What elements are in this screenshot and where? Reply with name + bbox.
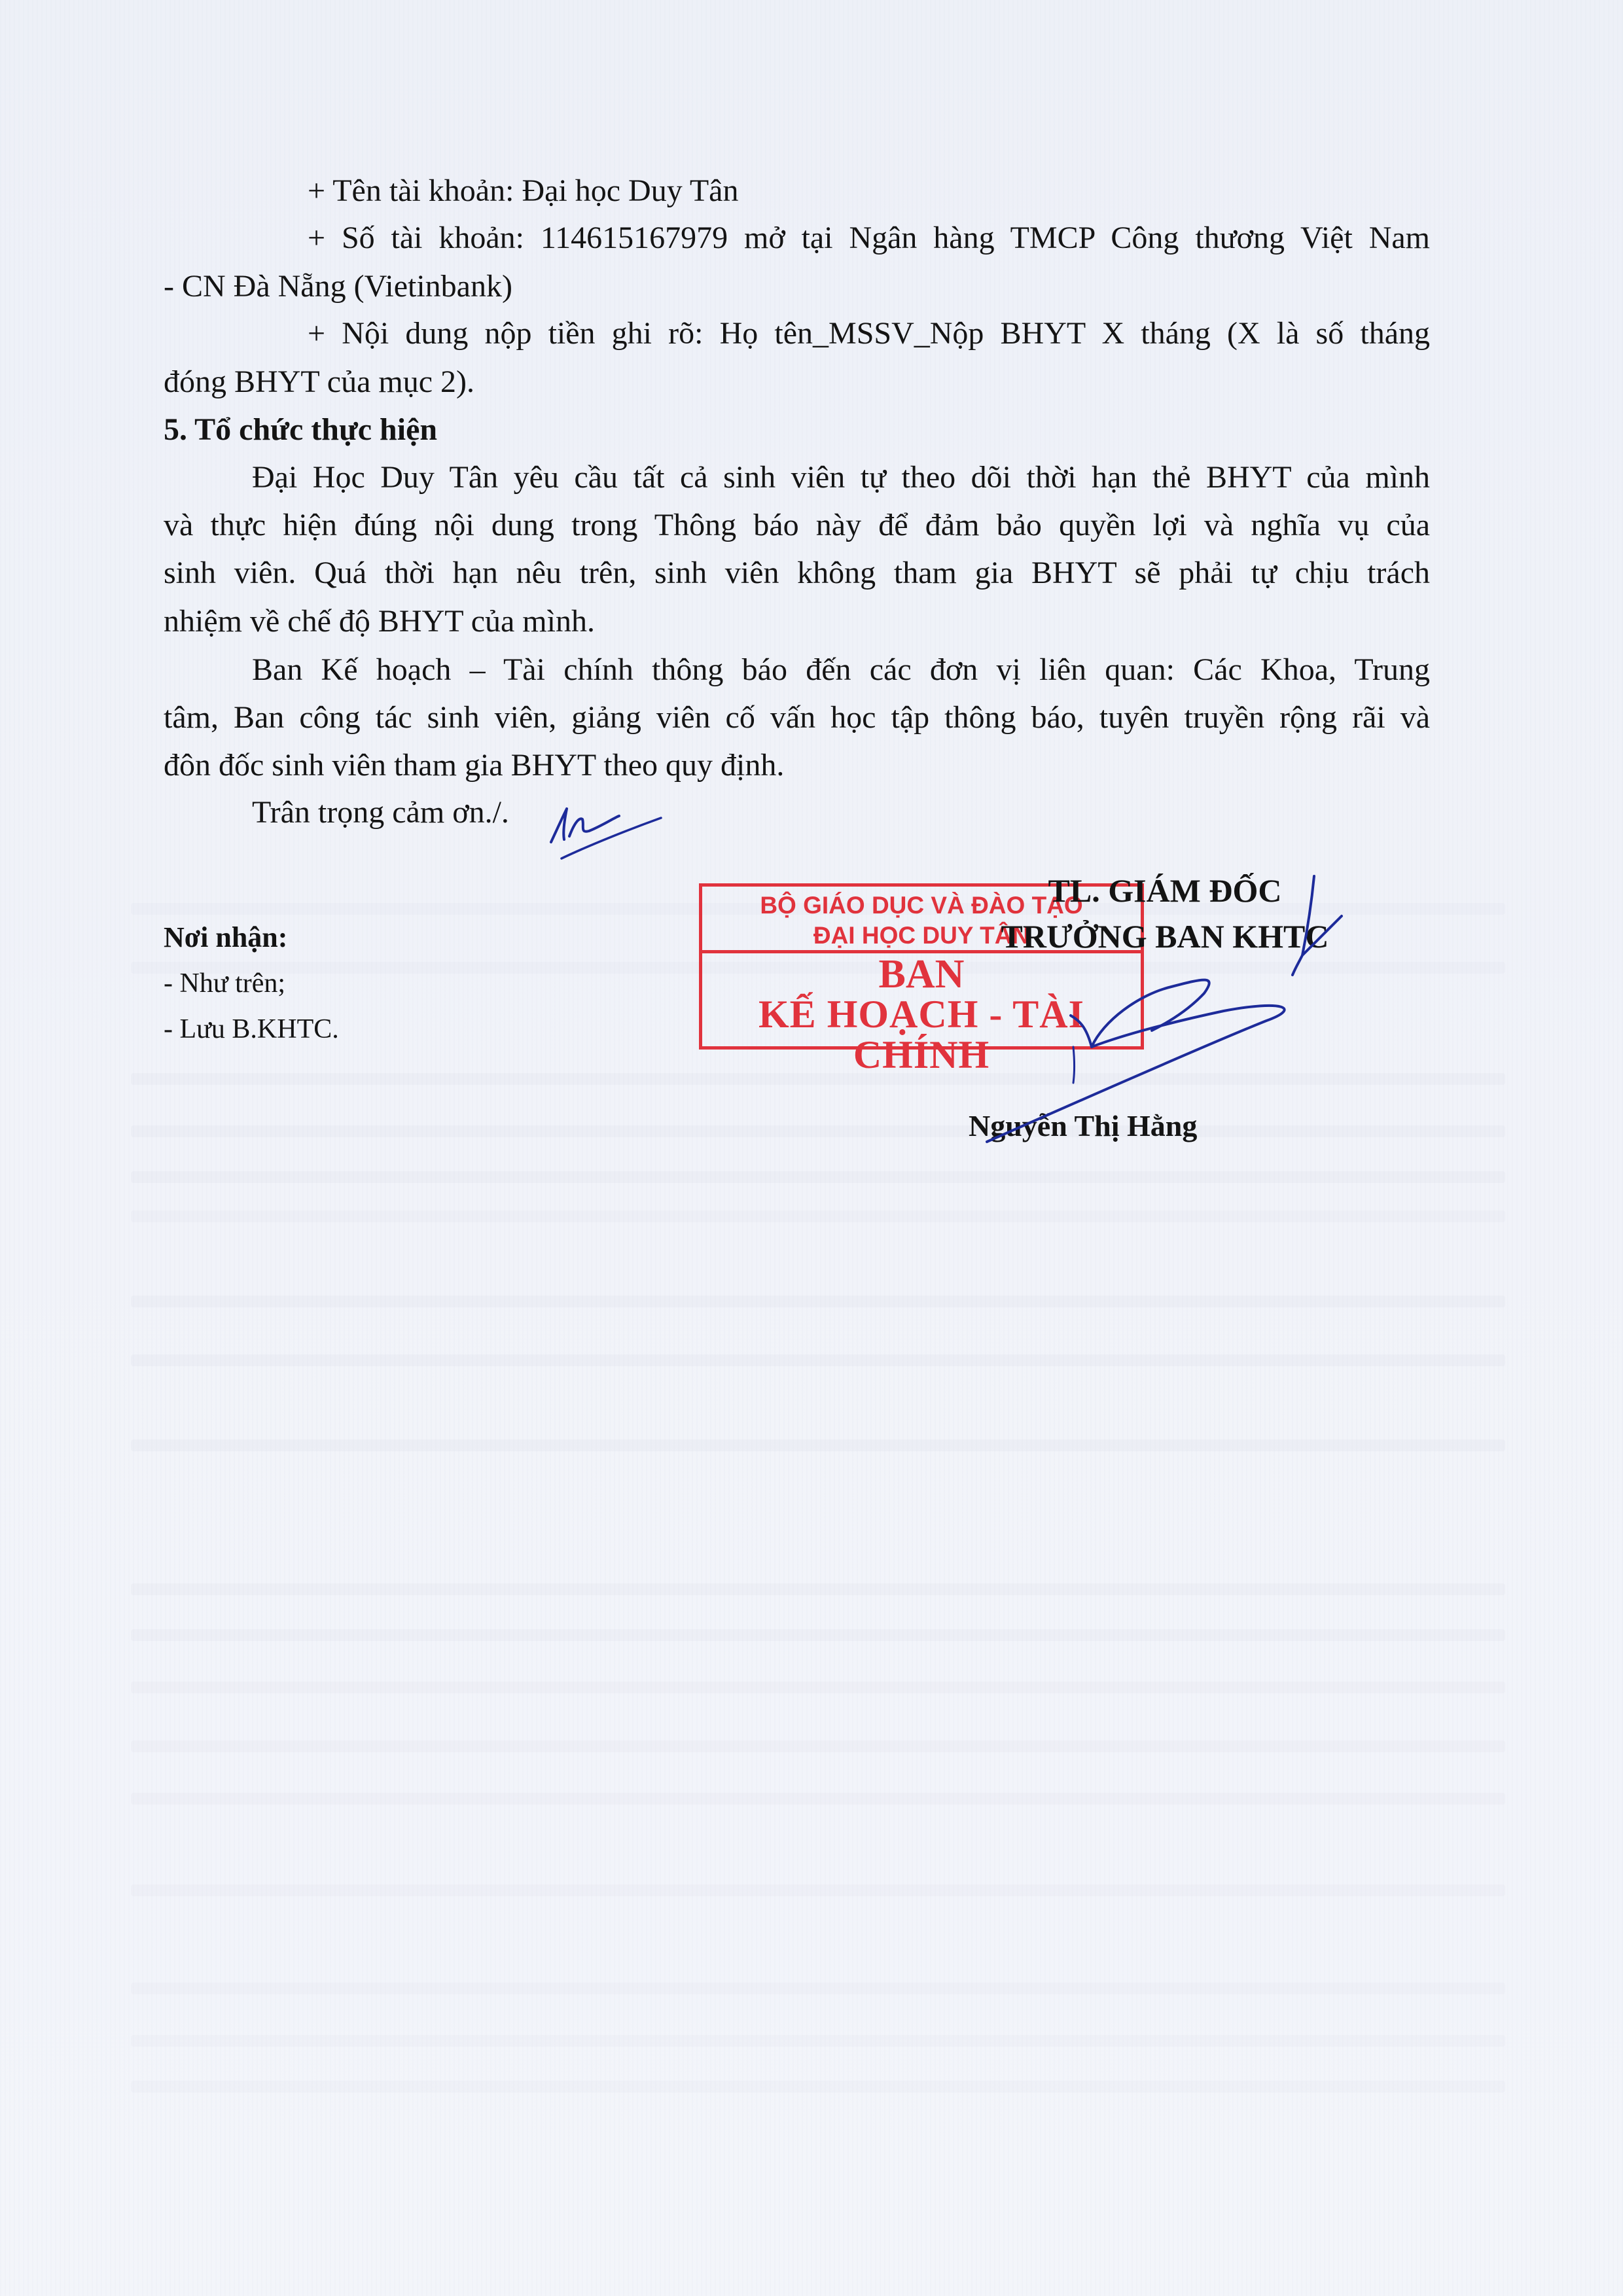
section-heading: 5. Tổ chức thực hiện (164, 410, 1430, 450)
bleed-through-texture (131, 1354, 1505, 1366)
paragraph-line: sinh viên. Quá thời hạn nêu trên, sinh v… (164, 554, 1430, 593)
paragraph-line: và thực hiện đúng nội dung trong Thông b… (164, 506, 1430, 545)
bleed-through-texture (131, 1210, 1505, 1222)
paragraph-line: Đại Học Duy Tân yêu cầu tất cả sinh viên… (164, 458, 1430, 497)
bleed-through-texture (131, 1125, 1505, 1137)
recipient-item: - Lưu B.KHTC. (164, 1006, 339, 1052)
account-number-line: + Số tài khoản: 114615167979 mở tại Ngân… (164, 219, 1430, 258)
stamp-department: KẾ HOẠCH - TÀI CHÍNH (702, 994, 1141, 1075)
bleed-through-texture (131, 1740, 1505, 1752)
recipients-block: Nơi nhận: - Như trên; - Lưu B.KHTC. (164, 915, 339, 1052)
paragraph-line: tâm, Ban công tác sinh viên, giảng viên … (164, 698, 1430, 737)
paragraph-line: đôn đốc sinh viên tham gia BHYT theo quy… (164, 746, 1430, 785)
closing-line: Trân trọng cảm ơn./. (164, 793, 1430, 832)
signer-name: Nguyễn Thị Hằng (969, 1108, 1197, 1143)
stamp-ban: BAN (702, 955, 1141, 994)
bleed-through-texture (131, 1682, 1505, 1693)
bleed-through-texture (131, 1439, 1505, 1451)
recipients-title: Nơi nhận: (164, 915, 339, 961)
signature-block: TL. GIÁM ĐỐC TRƯỞNG BAN KHTC (903, 868, 1427, 959)
bleed-through-texture (131, 1629, 1505, 1641)
bleed-through-texture (131, 2081, 1505, 2093)
signature-title: TL. GIÁM ĐỐC (903, 868, 1427, 913)
bleed-through-texture (131, 1583, 1505, 1595)
bleed-through-texture (131, 1171, 1505, 1183)
recipient-item: - Như trên; (164, 961, 339, 1006)
bleed-through-texture (131, 1793, 1505, 1805)
bleed-through-texture (131, 2035, 1505, 2047)
scanned-page: + Tên tài khoản: Đại học Duy Tân + Số tà… (0, 0, 1623, 2296)
account-name-line: + Tên tài khoản: Đại học Duy Tân (164, 171, 1430, 211)
bleed-through-texture (131, 1296, 1505, 1307)
payment-note-line: + Nội dung nộp tiền ghi rõ: Họ tên_MSSV_… (164, 314, 1430, 353)
paragraph-line: nhiệm về chế độ BHYT của mình. (164, 602, 1430, 641)
signature-position: TRƯỞNG BAN KHTC (903, 913, 1427, 959)
bleed-through-texture (131, 1884, 1505, 1896)
payment-note-line: đóng BHYT của mục 2). (164, 362, 1430, 402)
bank-branch-line: - CN Đà Nẵng (Vietinbank) (164, 267, 1430, 306)
paragraph-line: Ban Kế hoạch – Tài chính thông báo đến c… (164, 650, 1430, 690)
bleed-through-texture (131, 1983, 1505, 1994)
